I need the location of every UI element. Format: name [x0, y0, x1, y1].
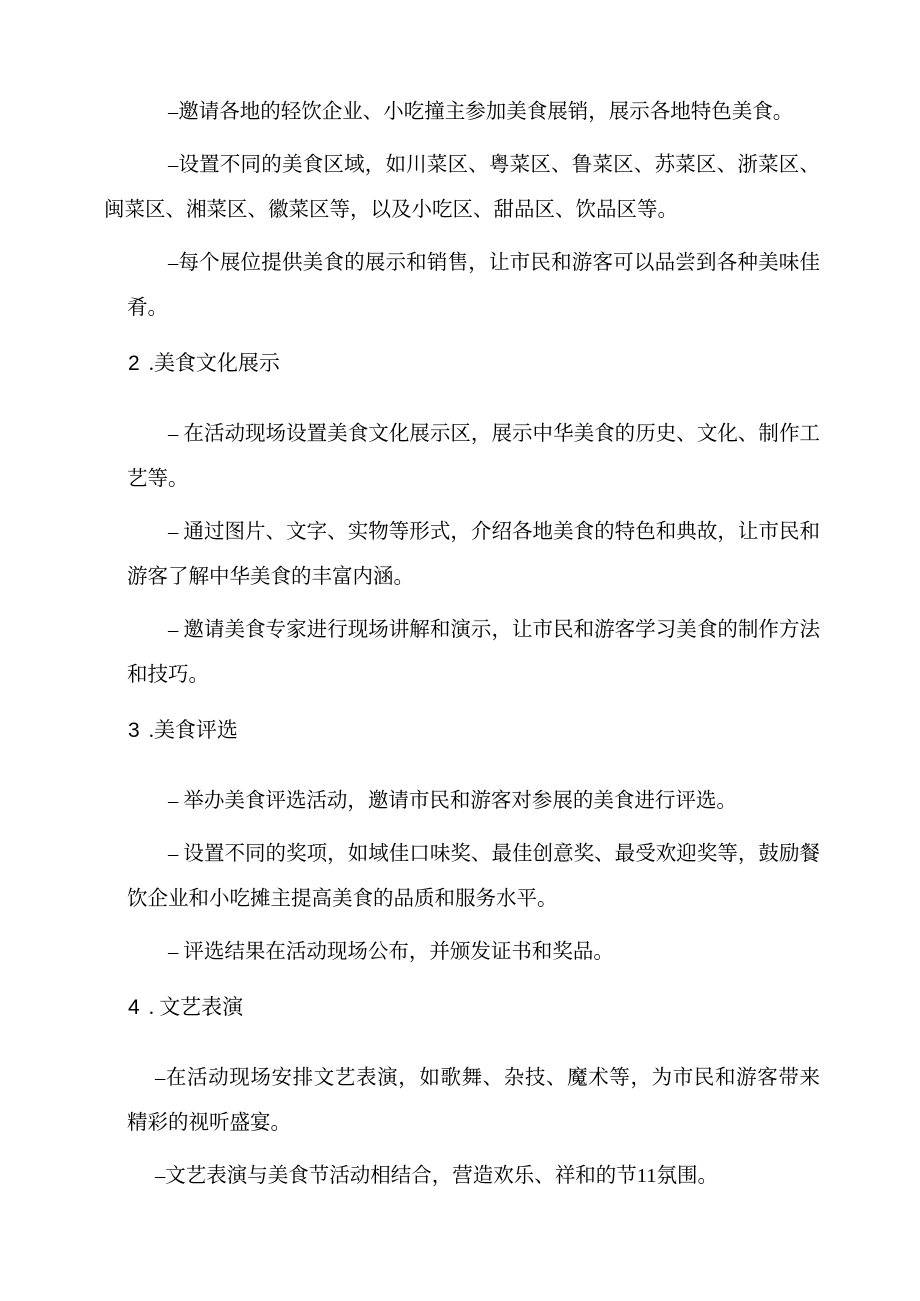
bullet-paragraph: –邀请各地的轻饮企业、小吃撞主参加美食展销，展示各地特色美食。 [100, 90, 820, 135]
bullet-paragraph: – 通过图片、文字、实物等形式，介绍各地美食的特色和典故，让市民和游客了解中华美… [100, 510, 820, 600]
heading-label: . 文艺表演 [149, 995, 244, 1019]
bullet-paragraph: – 邀请美食专家进行现场讲解和演示，让市民和游客学习美食的制作方法和技巧。 [100, 608, 820, 698]
bullet-paragraph: – 评选结果在活动现场公布，并颁发证书和奖品。 [100, 930, 820, 975]
bullet-paragraph: –在活动现场安排文艺表演，如歌舞、杂技、魔术等，为市民和游客带来精彩的视听盛宴。 [100, 1056, 820, 1146]
bullet-paragraph: – 在活动现场设置美食文化展示区，展示中华美食的历史、文化、制作工艺等。 [100, 412, 820, 502]
bullet-paragraph: – 设置不同的奖项，如域佳口味奖、最佳创意奖、最受欢迎奖等，鼓励餐饮企业和小吃摊… [100, 832, 820, 922]
heading-number: 4 [128, 996, 140, 1019]
bullet-paragraph: –设置不同的美食区域，如川菜区、粤菜区、鲁菜区、苏菜区、浙菜区、闽菜区、湘菜区、… [100, 143, 820, 233]
heading-number: 3 [128, 719, 140, 742]
bullet-paragraph: – 举办美食评选活动，邀请市民和游客对参展的美食进行评选。 [100, 779, 820, 824]
heading-label: .美食文化展示 [149, 351, 280, 375]
section-heading-food-contest: 3.美食评选 [100, 708, 820, 753]
document-page: –邀请各地的轻饮企业、小吃撞主参加美食展销，展示各地特色美食。 –设置不同的美食… [0, 0, 920, 1301]
section-heading-performances: 4. 文艺表演 [100, 985, 820, 1030]
section-heading-food-culture-display: 2.美食文化展示 [100, 341, 820, 386]
heading-label: .美食评选 [149, 718, 238, 742]
heading-number: 2 [128, 352, 140, 375]
bullet-paragraph: –每个展位提供美食的展示和销售，让市民和游客可以品尝到各种美味佳肴。 [100, 241, 820, 331]
bullet-paragraph: –文艺表演与美食节活动相结合，营造欢乐、祥和的节11氛围。 [100, 1154, 820, 1199]
